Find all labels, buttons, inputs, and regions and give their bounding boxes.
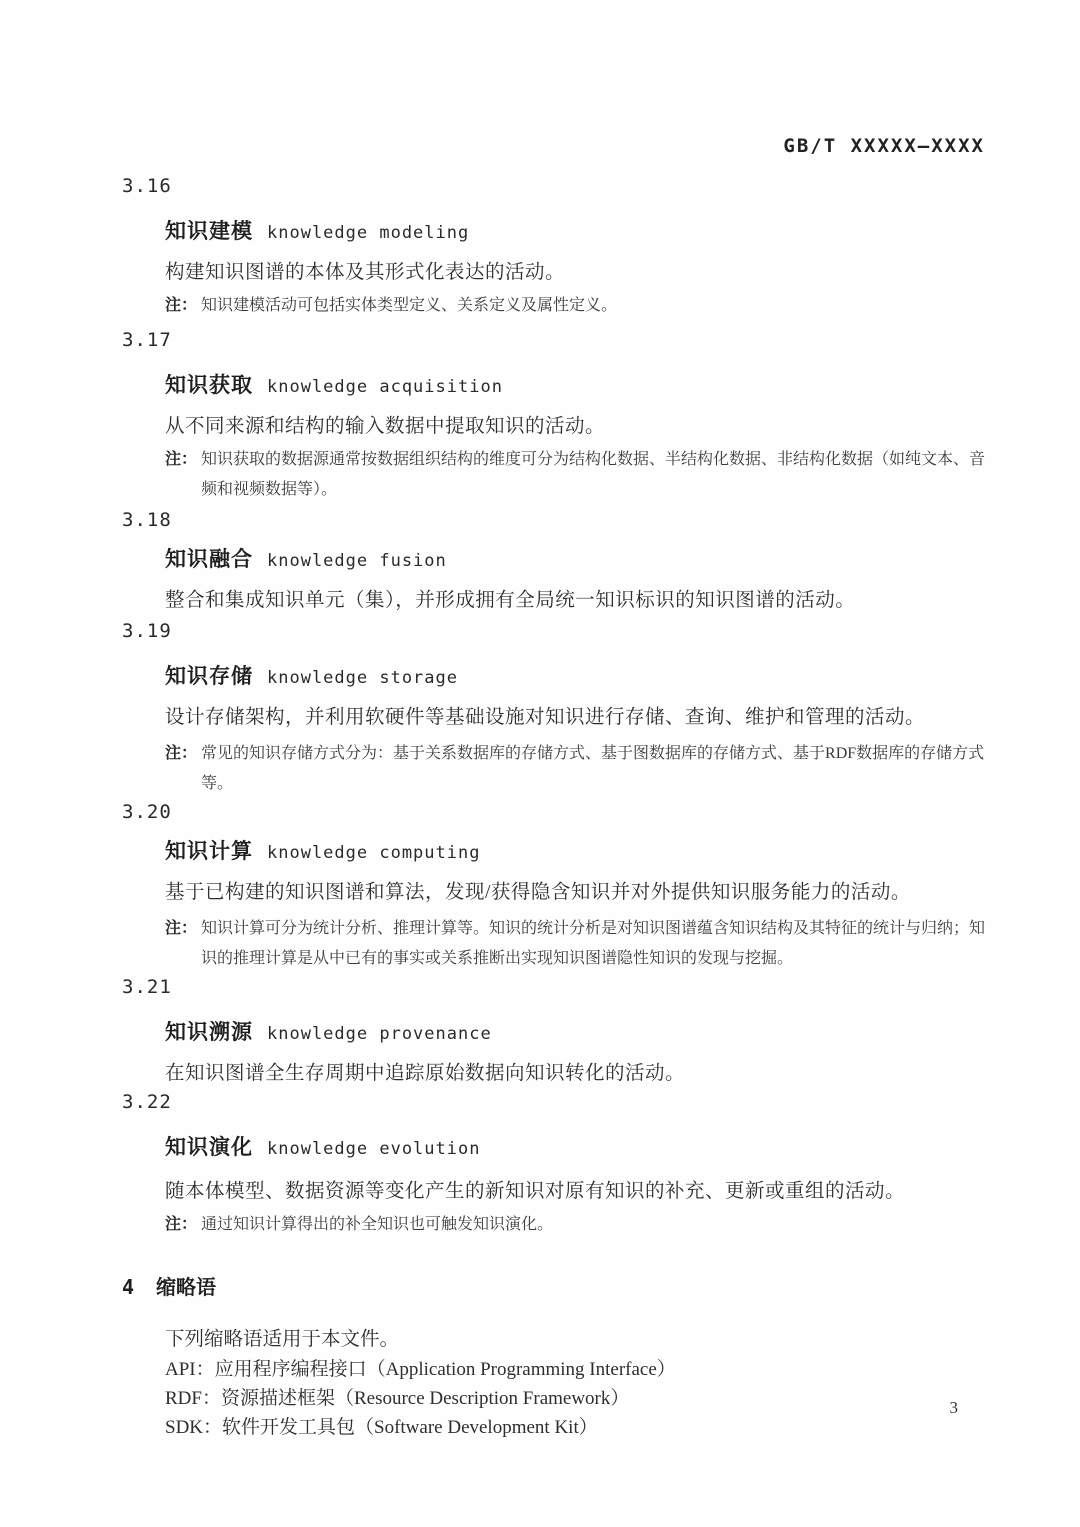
term-note: 注： 通过知识计算得出的补全知识也可触发知识演化。 bbox=[165, 1210, 990, 1240]
clause-title: 缩略语 bbox=[156, 1277, 216, 1299]
term-en: knowledge provenance bbox=[267, 1024, 492, 1044]
clause-4-intro: 下列缩略语适用于本文件。 bbox=[165, 1327, 990, 1353]
term-note: 注： 知识建模活动可包括实体类型定义、关系定义及属性定义。 bbox=[165, 291, 990, 321]
term-definition: 设计存储架构，并利用软硬件等基础设施对知识进行存储、查询、维护和管理的活动。 bbox=[165, 705, 990, 731]
term-en: knowledge modeling bbox=[267, 223, 469, 243]
term-definition: 随本体模型、数据资源等变化产生的新知识对原有知识的补充、更新或重组的活动。 bbox=[165, 1179, 990, 1205]
document-code-header: GB/T XXXXX—XXXX bbox=[0, 135, 985, 157]
term-number: 3.19 bbox=[122, 620, 990, 642]
term-heading: 知识融合 knowledge fusion bbox=[165, 547, 990, 575]
note-text: 知识建模活动可包括实体类型定义、关系定义及属性定义。 bbox=[201, 291, 990, 321]
term-definition: 从不同来源和结构的输入数据中提取知识的活动。 bbox=[165, 414, 990, 440]
term-heading: 知识演化 knowledge evolution bbox=[165, 1135, 990, 1163]
term-definition: 基于已构建的知识图谱和算法，发现/获得隐含知识并对外提供知识服务能力的活动。 bbox=[165, 880, 990, 906]
term-number: 3.16 bbox=[122, 175, 990, 197]
term-definition: 构建知识图谱的本体及其形式化表达的活动。 bbox=[165, 260, 990, 286]
term-note: 注： 知识获取的数据源通常按数据组织结构的维度可分为结构化数据、半结构化数据、非… bbox=[165, 445, 990, 505]
term-number: 3.20 bbox=[122, 801, 990, 823]
term-en: knowledge acquisition bbox=[267, 377, 503, 397]
note-label: 注： bbox=[165, 445, 197, 475]
term-heading: 知识计算 knowledge computing bbox=[165, 839, 990, 867]
abbreviation-list: API：应用程序编程接口（Application Programming Int… bbox=[165, 1355, 990, 1442]
term-entry-3-20: 3.20 知识计算 knowledge computing 基于已构建的知识图谱… bbox=[122, 801, 990, 974]
term-en: knowledge evolution bbox=[267, 1139, 480, 1159]
clause-number: 4 bbox=[122, 1275, 134, 1299]
term-entry-3-21: 3.21 知识溯源 knowledge provenance 在知识图谱全生存周… bbox=[122, 976, 990, 1087]
note-text: 常见的知识存储方式分为：基于关系数据库的存储方式、基于图数据库的存储方式、基于R… bbox=[201, 739, 990, 799]
note-text: 知识计算可分为统计分析、推理计算等。知识的统计分析是对知识图谱蕴含知识结构及其特… bbox=[201, 914, 990, 974]
term-number: 3.18 bbox=[122, 509, 990, 531]
term-entry-3-19: 3.19 知识存储 knowledge storage 设计存储架构，并利用软硬… bbox=[122, 620, 990, 799]
term-entry-3-18: 3.18 知识融合 knowledge fusion 整合和集成知识单元（集），… bbox=[122, 509, 990, 614]
term-heading: 知识获取 knowledge acquisition bbox=[165, 373, 990, 401]
term-number: 3.17 bbox=[122, 329, 990, 351]
term-zh: 知识计算 bbox=[165, 840, 253, 863]
term-note: 注： 常见的知识存储方式分为：基于关系数据库的存储方式、基于图数据库的存储方式、… bbox=[165, 739, 990, 799]
note-label: 注： bbox=[165, 914, 197, 944]
note-text: 知识获取的数据源通常按数据组织结构的维度可分为结构化数据、半结构化数据、非结构化… bbox=[201, 445, 990, 505]
term-zh: 知识建模 bbox=[165, 220, 253, 243]
note-label: 注： bbox=[165, 291, 197, 321]
term-zh: 知识获取 bbox=[165, 374, 253, 397]
term-definition: 在知识图谱全生存周期中追踪原始数据向知识转化的活动。 bbox=[165, 1061, 990, 1087]
page-content: 3.16 知识建模 knowledge modeling 构建知识图谱的本体及其… bbox=[122, 175, 990, 1442]
term-en: knowledge computing bbox=[267, 843, 480, 863]
document-page: GB/T XXXXX—XXXX 3.16 知识建模 knowledge mode… bbox=[0, 0, 1080, 1527]
term-heading: 知识溯源 knowledge provenance bbox=[165, 1020, 990, 1048]
term-zh: 知识存储 bbox=[165, 665, 253, 688]
term-entry-3-17: 3.17 知识获取 knowledge acquisition 从不同来源和结构… bbox=[122, 329, 990, 505]
term-heading: 知识建模 knowledge modeling bbox=[165, 219, 990, 247]
clause-4-heading: 4缩略语 bbox=[122, 1274, 990, 1301]
abbreviation-item-api: API：应用程序编程接口（Application Programming Int… bbox=[165, 1355, 990, 1384]
term-number: 3.21 bbox=[122, 976, 990, 998]
page-number: 3 bbox=[950, 1398, 959, 1418]
term-definition: 整合和集成知识单元（集），并形成拥有全局统一知识标识的知识图谱的活动。 bbox=[165, 588, 990, 614]
term-en: knowledge storage bbox=[267, 668, 458, 688]
term-zh: 知识演化 bbox=[165, 1136, 253, 1159]
term-zh: 知识融合 bbox=[165, 548, 253, 571]
term-zh: 知识溯源 bbox=[165, 1021, 253, 1044]
note-label: 注： bbox=[165, 739, 197, 769]
note-text: 通过知识计算得出的补全知识也可触发知识演化。 bbox=[201, 1210, 990, 1240]
abbreviation-item-rdf: RDF：资源描述框架（Resource Description Framewor… bbox=[165, 1384, 990, 1413]
term-note: 注： 知识计算可分为统计分析、推理计算等。知识的统计分析是对知识图谱蕴含知识结构… bbox=[165, 914, 990, 974]
term-entry-3-22: 3.22 知识演化 knowledge evolution 随本体模型、数据资源… bbox=[122, 1091, 990, 1240]
abbreviation-item-sdk: SDK：软件开发工具包（Software Development Kit） bbox=[165, 1413, 990, 1442]
note-label: 注： bbox=[165, 1210, 197, 1240]
term-number: 3.22 bbox=[122, 1091, 990, 1113]
term-en: knowledge fusion bbox=[267, 551, 447, 571]
term-heading: 知识存储 knowledge storage bbox=[165, 664, 990, 692]
term-entry-3-16: 3.16 知识建模 knowledge modeling 构建知识图谱的本体及其… bbox=[122, 175, 990, 321]
